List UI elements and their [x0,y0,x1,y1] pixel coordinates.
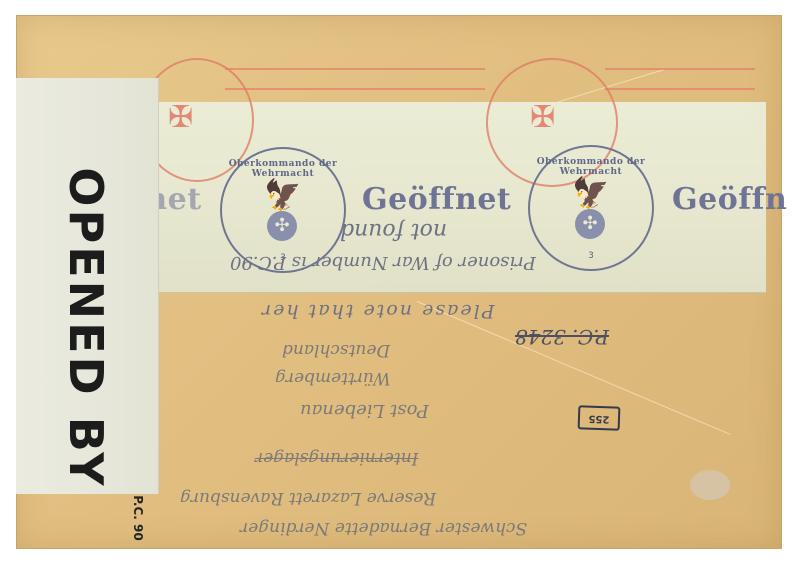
address-line: Reserve Lazarett Ravensburg [180,488,436,508]
meter-eagle-icon: ✠ [168,100,193,135]
geoffnet-stamp-partial: Geöffn [672,182,787,217]
eagle-icon: 🦅 [530,179,652,209]
wreath-emblem-icon: ✣ [575,209,605,239]
crossed-out-number: P.C. 3248 [515,325,609,349]
wehrmacht-stamp: Oberkommando der Wehrmacht 🦅 ✣ 3 [528,145,654,271]
address-line: Schwester Bernadette Nerdinger [240,518,527,538]
paper-tear [690,470,730,500]
wreath-emblem-icon: ✣ [267,211,297,241]
opened-by-label: OPENED BY [59,167,113,488]
stamp-ring-text: Oberkommando der Wehrmacht [222,159,344,179]
stamp-ring-text: Oberkommando der Wehrmacht [530,157,652,177]
examiner-code: P.C. 90 [131,495,145,540]
address-line: Württemberg [275,368,391,388]
stamp-number: 3 [530,251,652,261]
address-line: Deutschland [282,340,390,360]
opened-by-censor-strip: OPENED BY P.C. 90 [16,78,159,494]
handwritten-scribble: not found [340,218,447,243]
eagle-icon: 🦅 [222,181,344,211]
handwritten-pow-note: Prisoner of War Number is P.C.90 [230,252,536,273]
address-line: Post Liebenau [300,400,429,421]
meter-eagle-icon: ✠ [530,100,555,135]
handwritten-please-note: Please note that her [260,300,495,322]
address-line-crossed: Internierungslager [255,448,418,468]
geoffnet-stamp: Geöffnet [362,182,511,217]
boxed-censor-number: 255 [578,405,621,430]
